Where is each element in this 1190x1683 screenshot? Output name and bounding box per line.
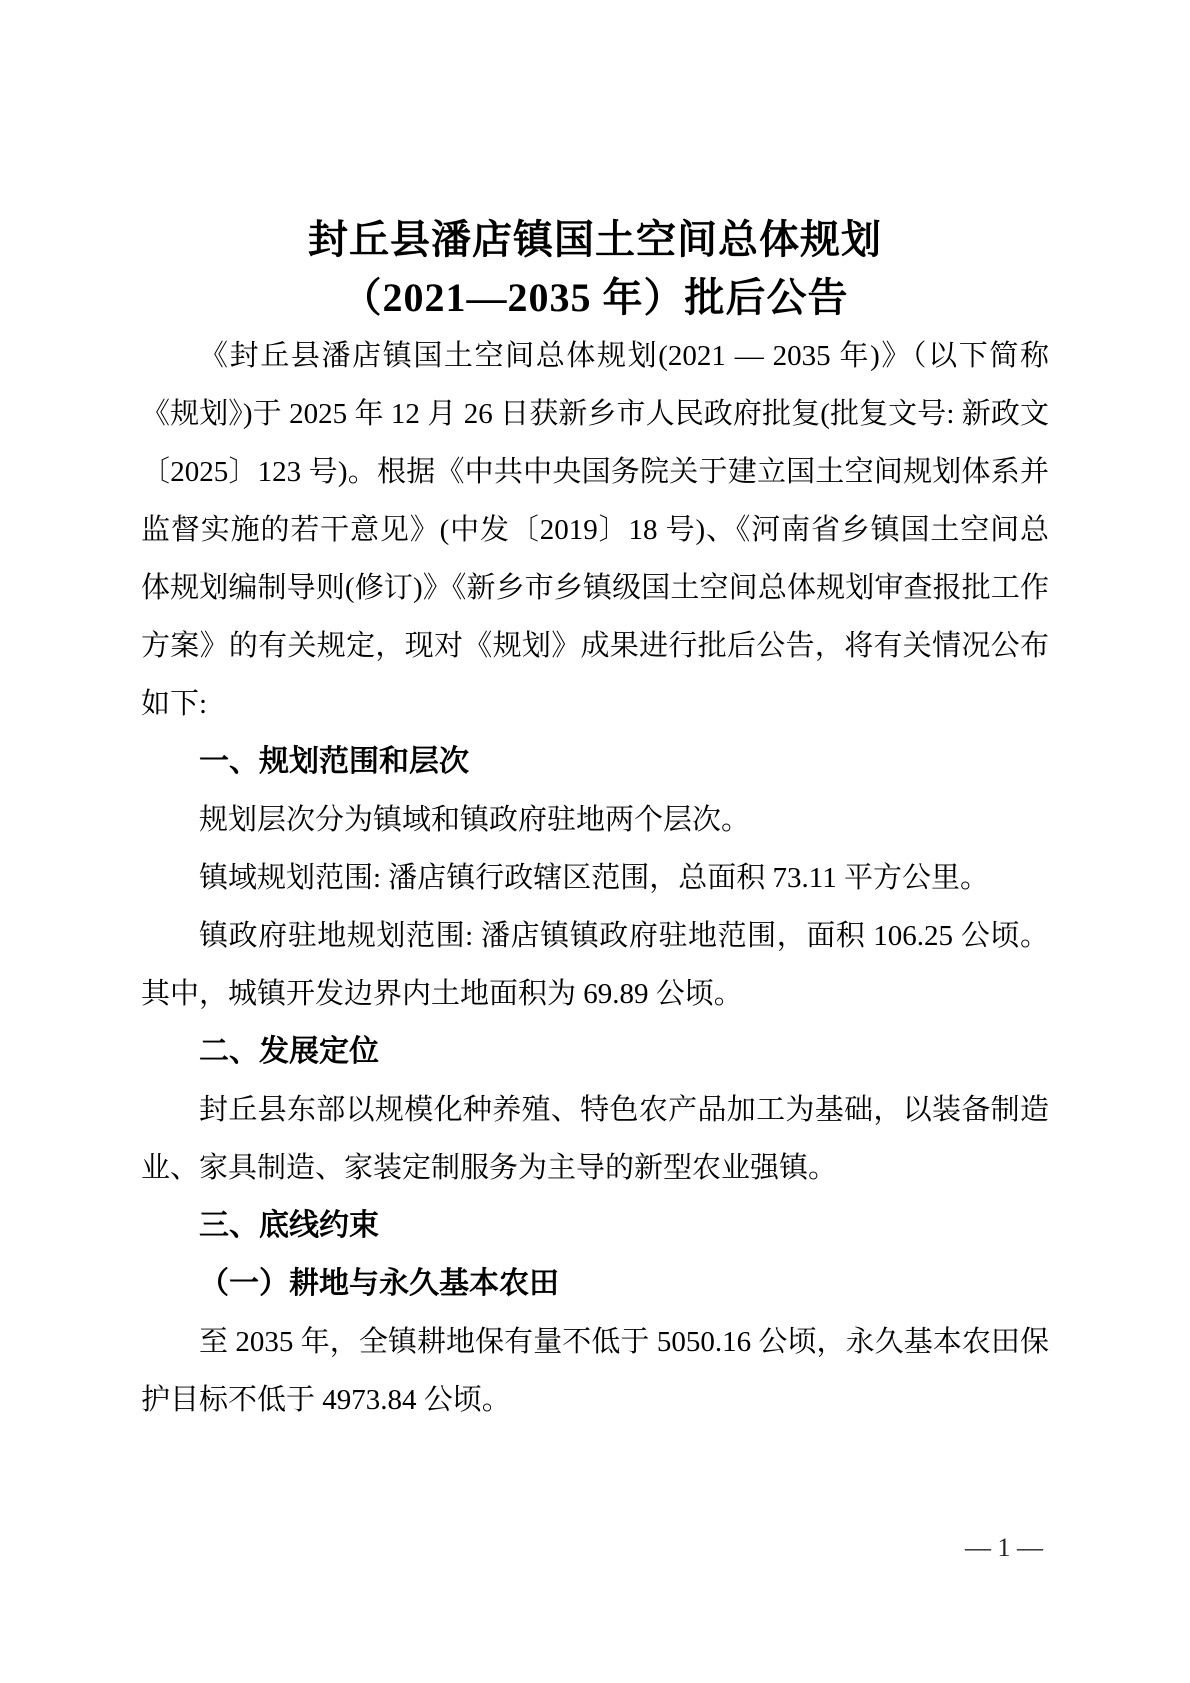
section-heading-2: 二、发展定位 xyxy=(141,1023,1049,1081)
paragraph-town-area-scope: 镇域规划范围: 潘店镇行政辖区范围，总面积 73.11 平方公里。 xyxy=(141,849,1049,907)
document-title: 封丘县潘店镇国土空间总体规划 （2021—2035 年）批后公告 xyxy=(141,211,1049,327)
intro-paragraph: 《封丘县潘店镇国土空间总体规划(2021 — 2035 年)》（以下简称《规划》… xyxy=(141,327,1049,733)
document-title-line-2: （2021—2035 年）批后公告 xyxy=(141,269,1049,327)
document-title-line-1: 封丘县潘店镇国土空间总体规划 xyxy=(141,211,1049,269)
paragraph-planning-levels: 规划层次分为镇域和镇政府驻地两个层次。 xyxy=(141,791,1049,849)
document-page: 封丘县潘店镇国土空间总体规划 （2021—2035 年）批后公告 《封丘县潘店镇… xyxy=(0,0,1190,1683)
paragraph-development-positioning: 封丘县东部以规模化种养殖、特色农产品加工为基础，以装备制造业、家具制造、家装定制… xyxy=(141,1081,1049,1197)
section-heading-3: 三、底线约束 xyxy=(141,1197,1049,1255)
paragraph-government-seat-scope: 镇政府驻地规划范围: 潘店镇镇政府驻地范围，面积 106.25 公顷。其中，城镇… xyxy=(141,907,1049,1023)
document-content: 封丘县潘店镇国土空间总体规划 （2021—2035 年）批后公告 《封丘县潘店镇… xyxy=(141,211,1049,1429)
paragraph-farmland-targets: 至 2035 年，全镇耕地保有量不低于 5050.16 公顷，永久基本农田保护目… xyxy=(141,1313,1049,1429)
subsection-heading-farmland: （一）耕地与永久基本农田 xyxy=(141,1255,1049,1313)
page-number: — 1 — xyxy=(965,1528,1043,1568)
section-heading-1: 一、规划范围和层次 xyxy=(141,733,1049,791)
